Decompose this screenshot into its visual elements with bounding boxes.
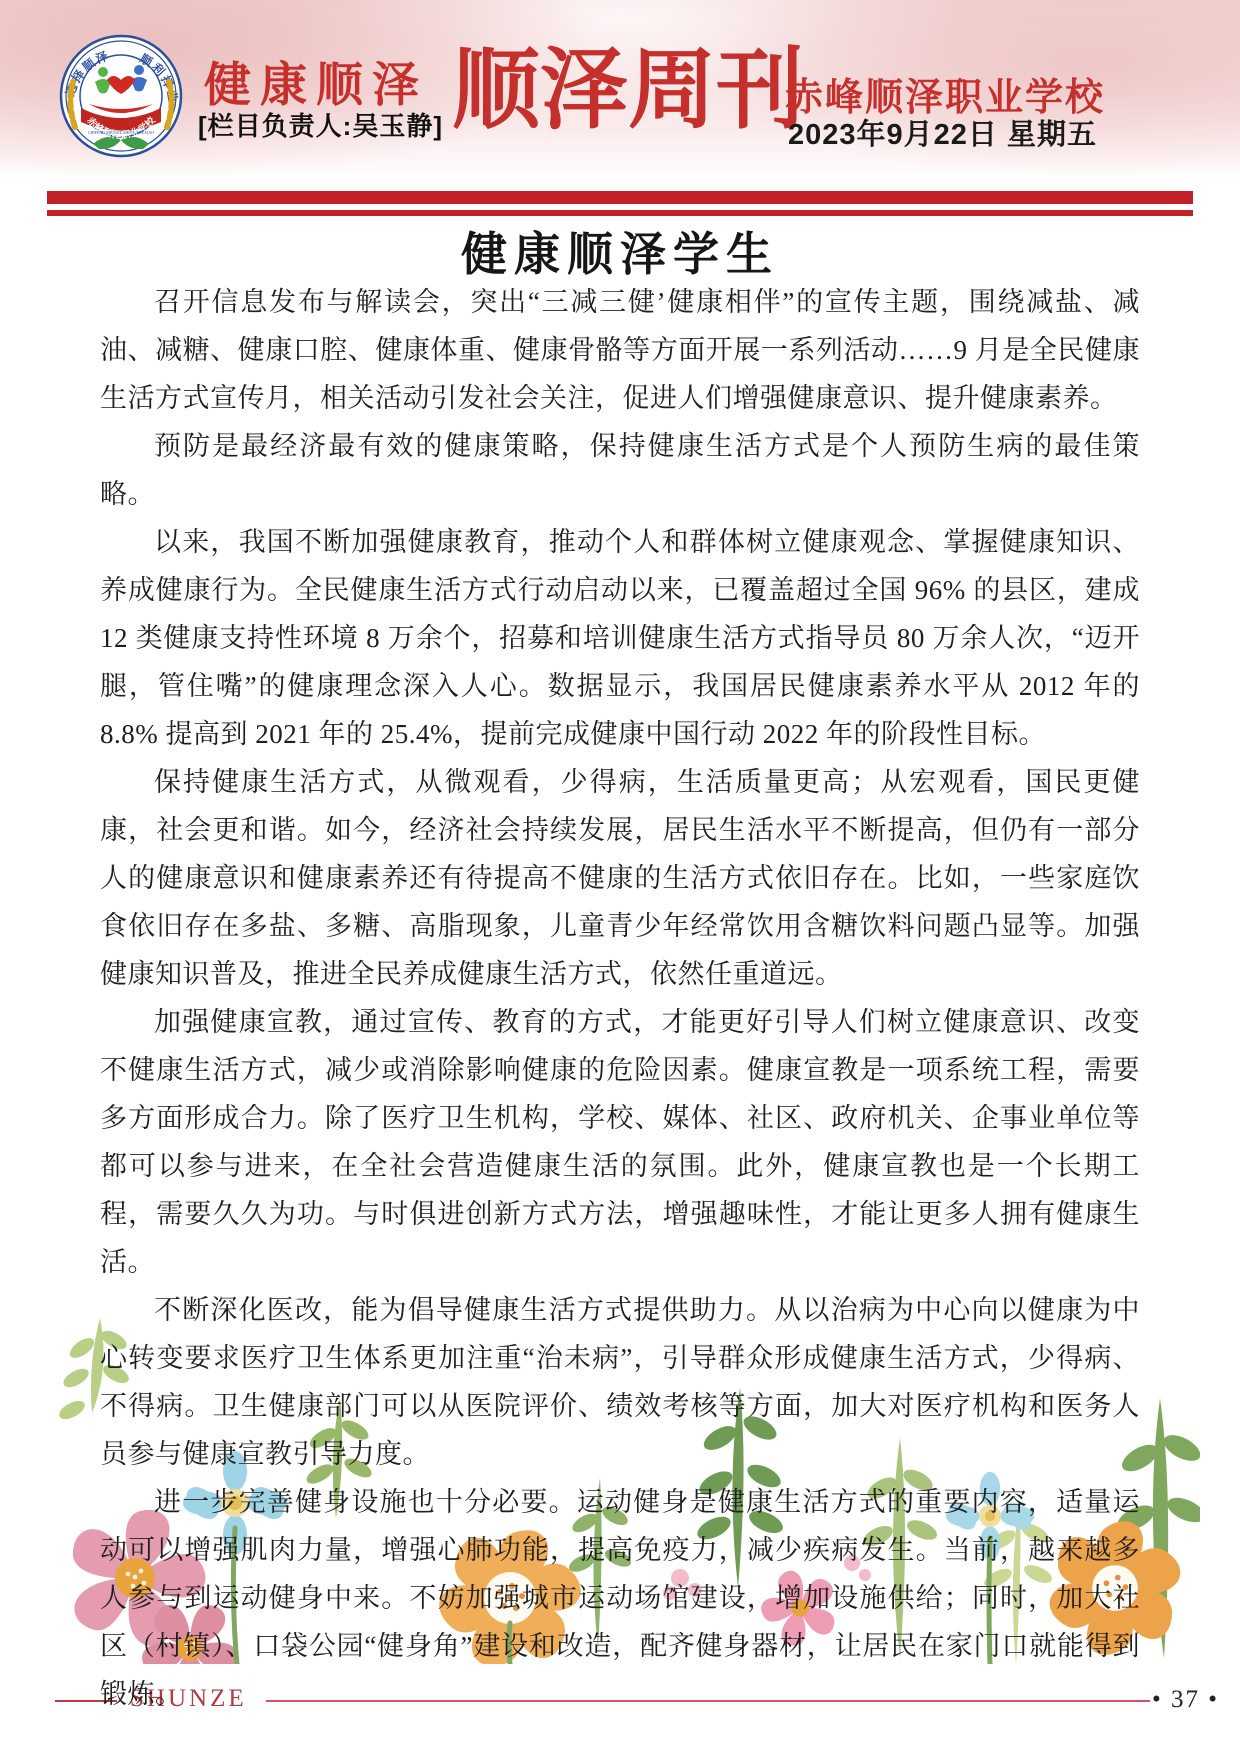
divider-bar-thin bbox=[47, 210, 1193, 216]
newspaper-page: 选择顺泽 顺利择业 赤峰顺泽职业学校 CHIFENG SHUN bbox=[0, 0, 1240, 1754]
page-number: • 37 • bbox=[1152, 1686, 1219, 1714]
svg-text:CHIFENG SHUNZE ZHIYE XUEXIAO: CHIFENG SHUNZE ZHIYE XUEXIAO bbox=[88, 130, 154, 135]
issue-date: 2023年9月22日 星期五 bbox=[788, 112, 1097, 153]
article-paragraph: 预防是最经济最有效的健康策略，保持健康生活方式是个人预防生病的最佳策略。 bbox=[100, 422, 1140, 518]
article-paragraph: 召开信息发布与解读会，突出“三减三健’健康相伴”的宣传主题，围绕减盐、减油、减糖… bbox=[100, 278, 1140, 422]
divider-bar-thick bbox=[47, 191, 1193, 204]
column-title: 健康顺泽 bbox=[204, 48, 454, 115]
article-body: 召开信息发布与解读会，突出“三减三健’健康相伴”的宣传主题，围绕减盐、减油、减糖… bbox=[100, 278, 1140, 1718]
column-manager: [栏目负责人:吴玉静] bbox=[198, 106, 443, 143]
article-paragraph: 进一步完善健身设施也十分必要。运动健身是健康生活方式的重要内容，适量运动可以增强… bbox=[100, 1478, 1140, 1718]
school-logo-icon: 选择顺泽 顺利择业 赤峰顺泽职业学校 CHIFENG SHUN bbox=[55, 32, 187, 162]
article-paragraph: 以来，我国不断加强健康教育，推动个人和群体树立健康观念、掌握健康知识、养成健康行… bbox=[100, 518, 1140, 758]
article-paragraph: 保持健康生活方式，从微观看，少得病，生活质量更高；从宏观看，国民更健康，社会更和… bbox=[100, 758, 1140, 998]
school-logo: 选择顺泽 顺利择业 赤峰顺泽职业学校 CHIFENG SHUN bbox=[55, 32, 187, 162]
article-paragraph: 不断深化医改，能为倡导健康生活方式提供助力。从以治病为中心向以健康为中心转变要求… bbox=[100, 1286, 1140, 1478]
article-paragraph: 加强健康宣教，通过宣传、教育的方式，才能更好引导人们树立健康意识、改变不健康生活… bbox=[100, 998, 1140, 1286]
article-title: 健康顺泽学生 bbox=[0, 218, 1240, 284]
masthead-title: 顺泽周刊 bbox=[452, 44, 782, 140]
